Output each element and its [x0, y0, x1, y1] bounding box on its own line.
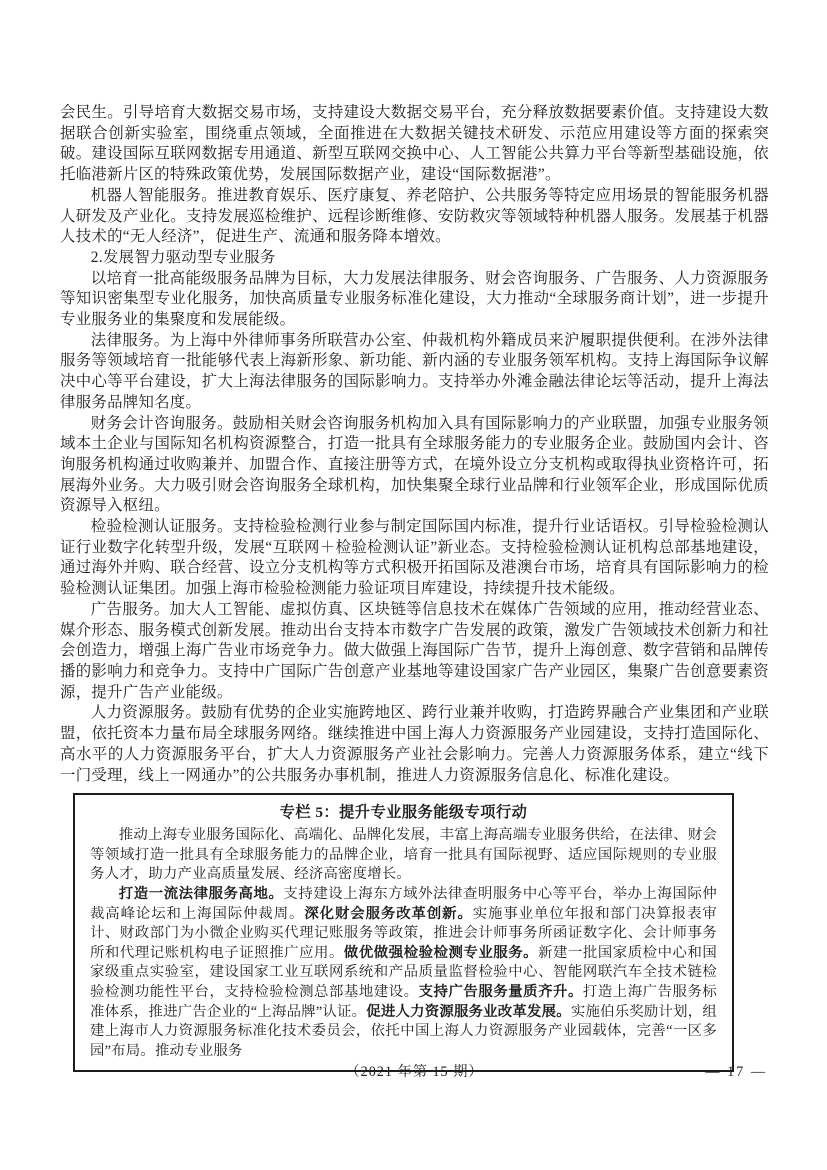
text-segment: 推动上海专业服务国际化、高端化、品牌化发展，丰富上海高端专业服务供给，在法律、财…: [90, 827, 717, 882]
paragraph: 广告服务。加大人工智能、虚拟仿真、区块链等信息技术在媒体广告领域的应用，推动经营…: [60, 600, 769, 704]
lead-phrase: 促进人力资源服务业改革发展。: [366, 1004, 571, 1020]
issue-label: （2021 年第 15 期）: [60, 1061, 769, 1083]
document-page: 会民生。引导培育大数据交易市场，支持建设大数据交易平台，充分释放数据要素价值。支…: [0, 0, 827, 1170]
body-paragraphs: 会民生。引导培育大数据交易市场，支持建设大数据交易平台，充分释放数据要素价值。支…: [60, 103, 769, 786]
paragraph: 检验检测认证服务。支持检验检测行业参与制定国际国内标准，提升行业话语权。引导检验…: [60, 517, 769, 600]
column-box-title: 专栏 5：提升专业服务能级专项行动: [90, 802, 717, 823]
paragraph: 以培育一批高能级服务品牌为目标，大力发展法律服务、财会咨询服务、广告服务、人力资…: [60, 269, 769, 331]
column-box: 专栏 5：提升专业服务能级专项行动 推动上海专业服务国际化、高端化、品牌化发展，…: [73, 793, 734, 1072]
lead-phrase: 深化财会服务改革创新。: [304, 906, 472, 922]
lead-phrase: 打造一流法律服务高地。: [119, 886, 284, 902]
column-box-paragraphs: 推动上海专业服务国际化、高端化、品牌化发展，丰富上海高端专业服务供给，在法律、财…: [90, 826, 717, 1061]
paragraph: 人力资源服务。鼓励有优势的企业实施跨地区、跨行业兼并收购，打造跨界融合产业集团和…: [60, 703, 769, 786]
paragraph: 2.发展智力驱动型专业服务: [60, 248, 769, 269]
lead-phrase: 做优做强检验检测专业服务。: [344, 945, 538, 961]
page-footer: （2021 年第 15 期） — 17 —: [60, 1061, 769, 1083]
lead-phrase: 支持广告服务量质齐升。: [419, 984, 583, 1000]
paragraph: 财务会计咨询服务。鼓励相关财会咨询服务机构加入具有国际影响力的产业联盟，加强专业…: [60, 414, 769, 518]
page-number: — 17 —: [705, 1061, 767, 1083]
paragraph: 打造一流法律服务高地。支持建设上海东方域外法律查明服务中心等平台，举办上海国际仲…: [90, 885, 717, 1061]
body-text: 会民生。引导培育大数据交易市场，支持建设大数据交易平台，充分释放数据要素价值。支…: [60, 103, 769, 1072]
paragraph: 法律服务。为上海中外律师事务所联营办公室、仲裁机构外籍成员来沪履职提供便利。在涉…: [60, 331, 769, 414]
paragraph: 推动上海专业服务国际化、高端化、品牌化发展，丰富上海高端专业服务供给，在法律、财…: [90, 826, 717, 885]
paragraph: 会民生。引导培育大数据交易市场，支持建设大数据交易平台，充分释放数据要素价值。支…: [60, 103, 769, 186]
paragraph: 机器人智能服务。推进教育娱乐、医疗康复、养老陪护、公共服务等特定应用场景的智能服…: [60, 186, 769, 248]
